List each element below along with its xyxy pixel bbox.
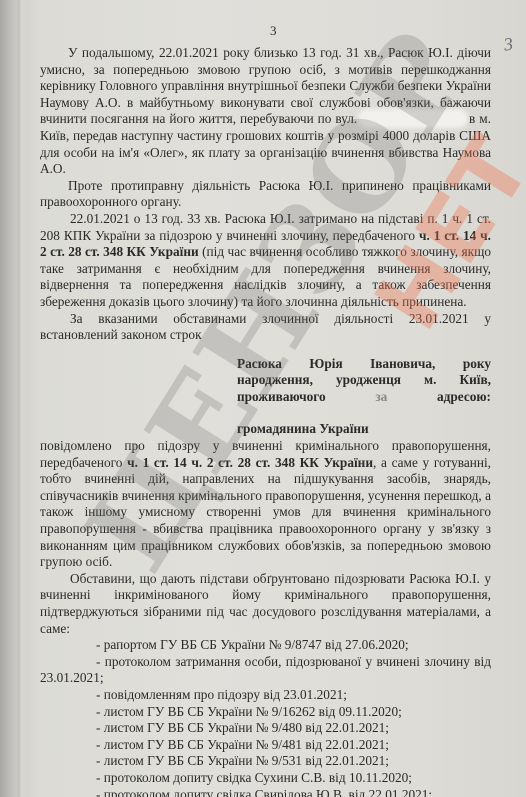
birth-year-label: року xyxy=(463,356,491,371)
suspect-citizenship: громадянина України xyxy=(237,421,491,438)
suspect-name-line: Расюка Юрія Івановича, року xyxy=(237,356,491,373)
suspect-birthplace: народження, уродженця м. Київ, xyxy=(237,372,491,389)
evidence-item: - рапортом ГУ ВБ СБ України № 9/8747 від… xyxy=(40,637,491,654)
residence-label: проживаючого xyxy=(237,389,326,404)
suspect-block: Расюка Юрія Івановича, року народження, … xyxy=(237,356,491,438)
article-reference: ч. 1 ст. 14 ч. 2 ст. 28 ст. 348 КК Украї… xyxy=(127,455,373,470)
evidence-item: - протоколом допиту свідка Сухини С.В. в… xyxy=(40,770,491,787)
residence-preposition: за xyxy=(375,389,387,404)
evidence-item: - листом ГУ ВБ СБ України № 9/531 від 22… xyxy=(40,753,491,770)
paragraph-stopped: Проте протиправну діяльність Расюка Ю.І.… xyxy=(40,178,491,211)
paragraph-suspicion: повідомлено про підозру у вчиненні кримі… xyxy=(40,438,491,571)
suspect-name: Расюка Юрія Івановича, xyxy=(237,356,435,371)
paragraph-grounds: Обставини, що дають підстави обґрунтован… xyxy=(40,571,491,637)
evidence-item: - листом ГУ ВБ СБ України № 9/481 від 22… xyxy=(40,737,491,754)
evidence-item: - листом ГУ ВБ СБ України № 9/16262 від … xyxy=(40,704,491,721)
paragraph-text: , а саме у готуванні, тобто вчиненні дій… xyxy=(40,455,491,570)
address-label: адресою: xyxy=(437,389,491,404)
evidence-item: - протоколом допиту свідка Свирідова Ю.В… xyxy=(40,787,491,797)
paragraph-detention: 22.01.2021 о 13 год. 33 хв. Расюка Ю.І. … xyxy=(40,211,491,311)
document-body: У подальшому, 22.01.2021 року близько 13… xyxy=(40,45,491,797)
paragraph-transfer: У подальшому, 22.01.2021 року близько 13… xyxy=(40,45,491,178)
evidence-list: - рапортом ГУ ВБ СБ України № 9/8747 від… xyxy=(40,637,491,797)
evidence-item: - протоколом затримання особи, підозрюва… xyxy=(40,654,491,687)
paragraph-notice: За вказаними обставинами злочинної діяль… xyxy=(40,311,491,344)
page-fold-shadow xyxy=(18,0,26,797)
redacted-street xyxy=(361,112,465,125)
page-number: 3 xyxy=(270,23,277,39)
evidence-item: - повідомленням про підозру від 23.01.20… xyxy=(40,687,491,704)
handwritten-page-number: 3 xyxy=(503,33,515,55)
evidence-item: - листом ГУ ВБ СБ України № 9/480 від 22… xyxy=(40,720,491,737)
document-page: 3 3 У подальшому, 22.01.2021 року близьк… xyxy=(0,0,526,797)
suspect-address-line: проживаючого за адресою: xyxy=(237,389,491,406)
